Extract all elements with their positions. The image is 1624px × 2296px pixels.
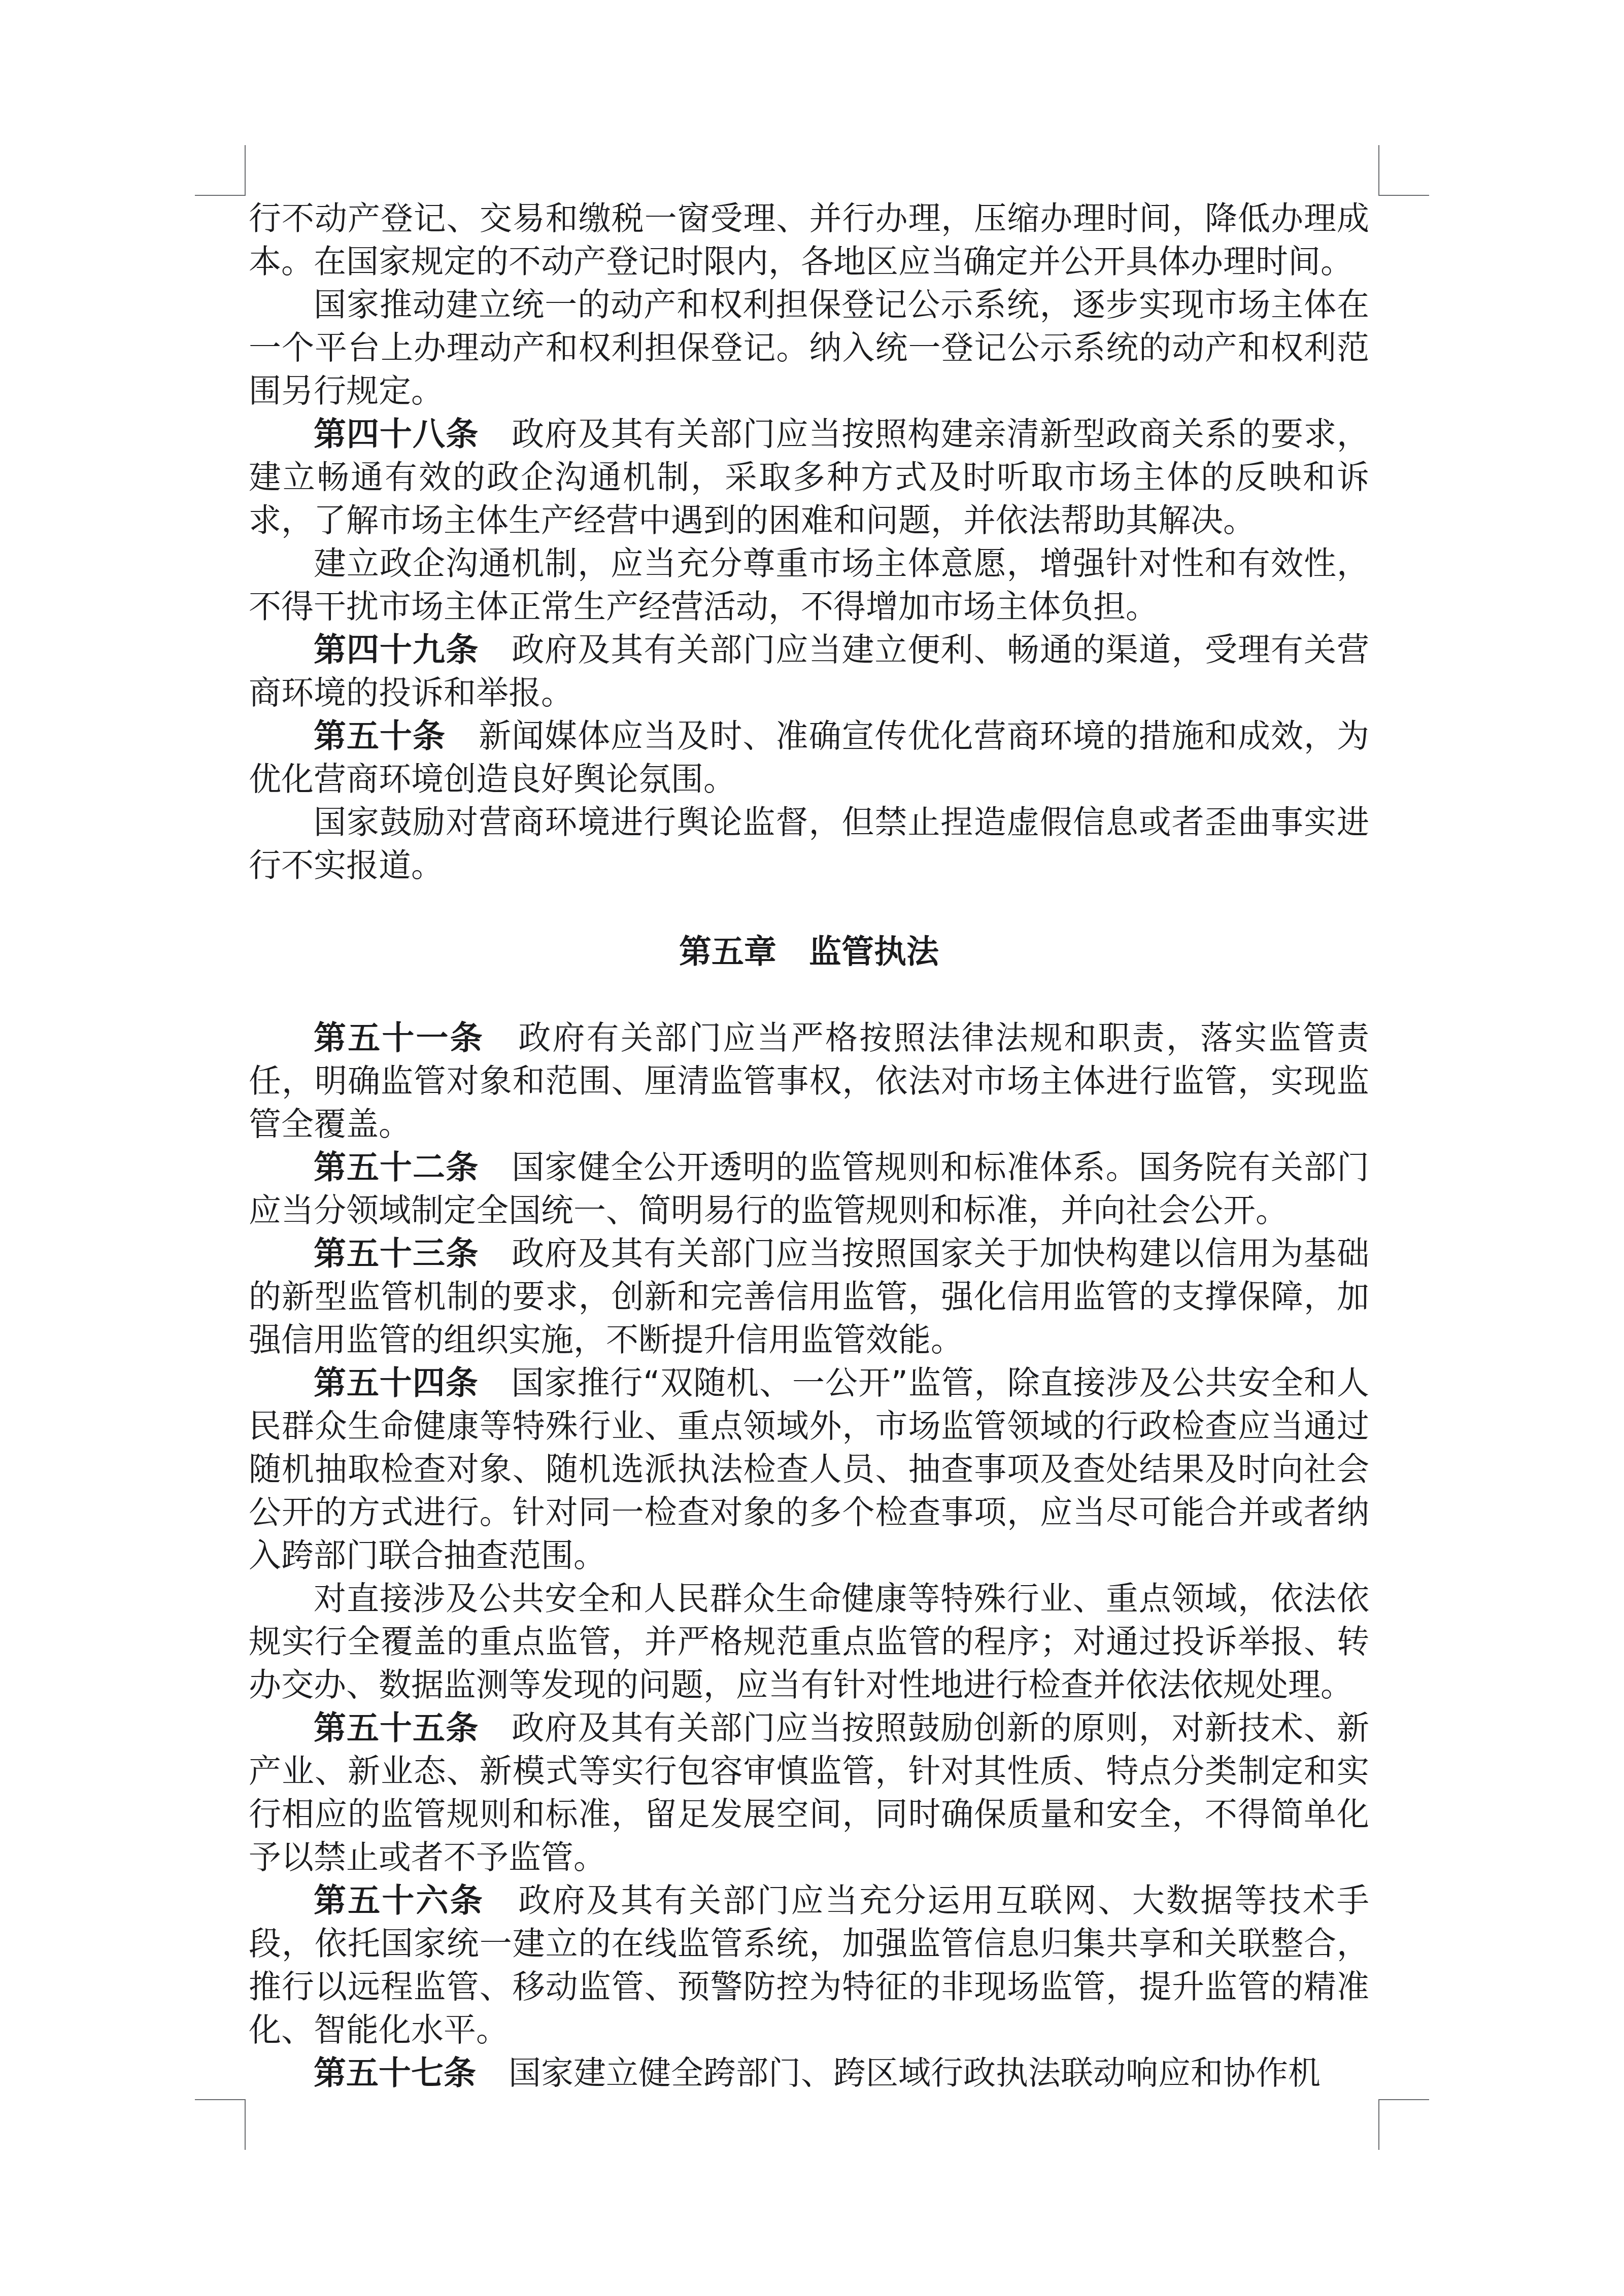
chapter-title: 监管执法 (809, 933, 939, 971)
article-paragraph: 第五十二条国家健全公开透明的监管规则和标准体系。国务院有关部门应当分领域制定全国… (249, 1146, 1369, 1232)
article-number: 第五十条 (314, 717, 446, 755)
paragraph-text: 国家推动建立统一的动产和权利担保登记公示系统，逐步实现市场主体在一个平台上办理动… (249, 286, 1369, 410)
article-number: 第五十四条 (314, 1364, 479, 1402)
body-paragraph: 行不动产登记、交易和缴税一窗受理、并行办理，压缩办理时间，降低办理成本。在国家规… (249, 197, 1369, 284)
body-paragraph: 国家推动建立统一的动产和权利担保登记公示系统，逐步实现市场主体在一个平台上办理动… (249, 284, 1369, 413)
chapter-number: 第五章 (679, 933, 776, 971)
article-number: 第五十五条 (314, 1709, 479, 1747)
body-paragraph: 国家鼓励对营商环境进行舆论监督，但禁止捏造虚假信息或者歪曲事实进行不实报道。 (249, 801, 1369, 887)
text-block: 行不动产登记、交易和缴税一窗受理、并行办理，压缩办理时间，降低办理成本。在国家规… (249, 197, 1369, 2095)
article-paragraph: 第五十三条政府及其有关部门应当按照国家关于加快构建以信用为基础的新型监管机制的要… (249, 1232, 1369, 1362)
article-number: 第五十六条 (314, 1882, 484, 1920)
article-number: 第五十二条 (314, 1149, 479, 1186)
article-number: 第五十七条 (314, 2054, 476, 2092)
crop-mark-top-left (195, 145, 246, 196)
article-paragraph: 第五十六条政府及其有关部门应当充分运用互联网、大数据等技术手段，依托国家统一建立… (249, 1879, 1369, 2052)
article-paragraph: 第五十五条政府及其有关部门应当按照鼓励创新的原则，对新技术、新产业、新业态、新模… (249, 1707, 1369, 1879)
chapter-heading: 第五章监管执法 (249, 931, 1369, 974)
body-paragraph: 对直接涉及公共安全和人民群众生命健康等特殊行业、重点领域，依法依规实行全覆盖的重… (249, 1578, 1369, 1707)
paragraph-text: 国家鼓励对营商环境进行舆论监督，但禁止捏造虚假信息或者歪曲事实进行不实报道。 (249, 804, 1369, 884)
article-number: 第四十九条 (314, 631, 479, 669)
crop-mark-bottom-left (195, 2099, 246, 2150)
crop-mark-bottom-right (1378, 2099, 1429, 2150)
article-number: 第四十八条 (314, 416, 479, 453)
paragraph-text: 建立政企沟通机制，应当充分尊重市场主体意愿，增强针对性和有效性，不得干扰市场主体… (249, 545, 1369, 626)
document-page: 行不动产登记、交易和缴税一窗受理、并行办理，压缩办理时间，降低办理成本。在国家规… (0, 0, 1624, 2296)
paragraph-text: 行不动产登记、交易和缴税一窗受理、并行办理，压缩办理时间，降低办理成本。在国家规… (249, 200, 1369, 281)
paragraph-text: 国家建立健全跨部门、跨区域行政执法联动响应和协作机 (509, 2054, 1321, 2092)
article-number: 第五十三条 (314, 1235, 479, 1273)
article-paragraph: 第五十四条国家推行“双随机、一公开”监管，除直接涉及公共安全和人民群众生命健康等… (249, 1362, 1369, 1578)
article-paragraph: 第五十七条国家建立健全跨部门、跨区域行政执法联动响应和协作机 (249, 2052, 1369, 2095)
article-paragraph: 第五十一条政府有关部门应当严格按照法律法规和职责，落实监管责任，明确监管对象和范… (249, 1017, 1369, 1146)
body-paragraph: 建立政企沟通机制，应当充分尊重市场主体意愿，增强针对性和有效性，不得干扰市场主体… (249, 542, 1369, 629)
article-paragraph: 第五十条新闻媒体应当及时、准确宣传优化营商环境的措施和成效，为优化营商环境创造良… (249, 715, 1369, 801)
crop-mark-top-right (1378, 145, 1429, 196)
paragraph-text: 对直接涉及公共安全和人民群众生命健康等特殊行业、重点领域，依法依规实行全覆盖的重… (249, 1580, 1369, 1704)
article-number: 第五十一条 (314, 1019, 484, 1057)
article-paragraph: 第四十八条政府及其有关部门应当按照构建亲清新型政商关系的要求，建立畅通有效的政企… (249, 413, 1369, 542)
article-paragraph: 第四十九条政府及其有关部门应当建立便利、畅通的渠道，受理有关营商环境的投诉和举报… (249, 629, 1369, 715)
